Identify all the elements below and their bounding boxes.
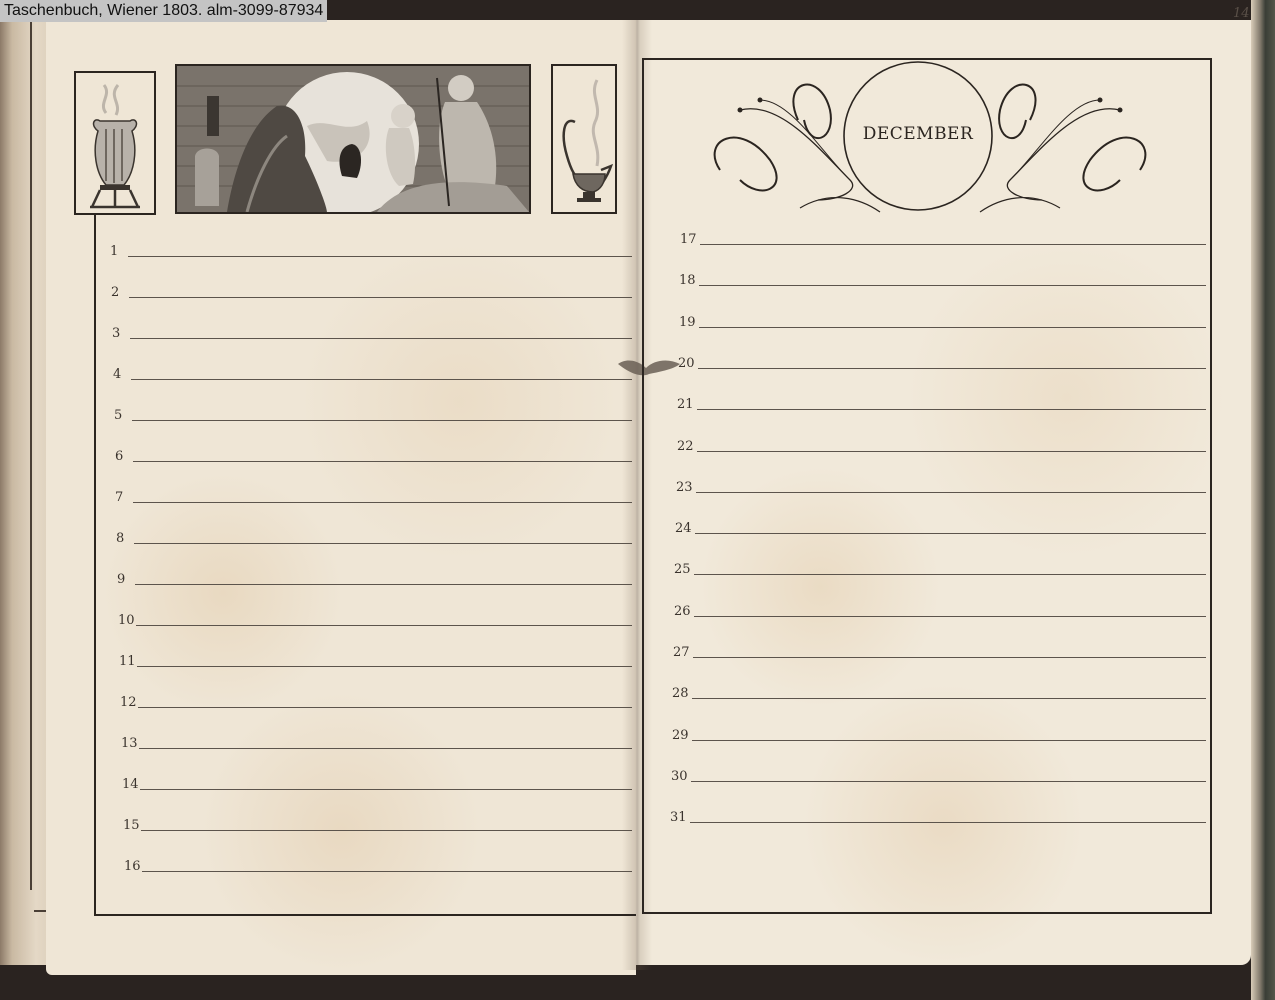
day-number: 6 <box>115 450 123 463</box>
left-page-frame-bottom <box>94 914 634 916</box>
day-entry-line <box>133 502 632 503</box>
day-number: 18 <box>679 274 696 287</box>
folio-number: 14 <box>1233 6 1250 21</box>
day-row: 20 <box>678 354 1206 370</box>
day-entry-line <box>131 379 632 380</box>
day-row: 30 <box>671 767 1206 783</box>
day-row: 1 <box>110 242 632 258</box>
day-number: 24 <box>675 522 692 535</box>
day-row: 25 <box>674 560 1206 576</box>
day-number: 10 <box>118 614 135 627</box>
day-entry-line <box>690 822 1206 823</box>
day-number: 27 <box>673 646 690 659</box>
day-row: 22 <box>677 437 1206 453</box>
day-number: 20 <box>678 357 695 370</box>
day-entry-line <box>140 789 632 790</box>
day-number: 11 <box>119 655 136 668</box>
day-row: 26 <box>674 602 1206 618</box>
day-entry-line <box>699 285 1206 286</box>
day-number: 9 <box>117 573 125 586</box>
day-number: 7 <box>115 491 123 504</box>
day-entry-line <box>133 461 632 462</box>
urn-vignette <box>74 71 156 215</box>
day-entry-line <box>139 748 632 749</box>
day-number: 30 <box>671 770 688 783</box>
day-number: 12 <box>120 696 137 709</box>
day-number: 13 <box>121 737 138 750</box>
day-entry-line <box>692 698 1206 699</box>
day-entry-line <box>128 256 632 257</box>
day-number: 17 <box>680 233 697 246</box>
day-entry-line <box>695 533 1206 534</box>
book-cover-edge <box>1251 0 1275 1000</box>
day-row: 18 <box>679 271 1206 287</box>
lamp-vignette <box>551 64 617 214</box>
day-row: 12 <box>120 693 632 709</box>
day-number: 29 <box>672 729 689 742</box>
day-number: 26 <box>674 605 691 618</box>
day-entry-line <box>697 451 1206 452</box>
day-number: 14 <box>122 778 139 791</box>
day-number: 22 <box>677 440 694 453</box>
day-entry-line <box>696 492 1206 493</box>
day-row: 9 <box>117 570 632 586</box>
day-row: 16 <box>124 857 632 873</box>
day-row: 28 <box>672 684 1206 700</box>
day-number: 4 <box>113 368 121 381</box>
day-row: 2 <box>111 283 632 299</box>
day-row: 10 <box>118 611 632 627</box>
day-row: 8 <box>116 529 632 545</box>
image-caption: Taschenbuch, Wiener 1803. alm-3099-87934 <box>0 0 327 22</box>
day-row: 19 <box>679 313 1206 329</box>
scanned-book-spread: DECEMBER 12345678910111213141516 1718192… <box>0 0 1275 1000</box>
day-entry-line <box>699 327 1206 328</box>
day-entry-line <box>136 625 632 626</box>
day-entry-line <box>693 657 1206 658</box>
day-row: 21 <box>677 395 1206 411</box>
day-entry-line <box>135 584 632 585</box>
day-entry-line <box>129 297 632 298</box>
oil-lamp-icon <box>553 66 615 212</box>
day-entry-line <box>130 338 632 339</box>
day-entry-line <box>134 543 632 544</box>
day-row: 24 <box>675 519 1206 535</box>
day-number: 19 <box>679 316 696 329</box>
day-entry-line <box>692 740 1206 741</box>
day-number: 3 <box>112 327 120 340</box>
day-entry-line <box>694 616 1206 617</box>
day-row: 14 <box>122 775 632 791</box>
day-entry-line <box>142 871 632 872</box>
day-number: 31 <box>670 811 687 824</box>
day-row: 3 <box>112 324 632 340</box>
day-row: 13 <box>121 734 632 750</box>
day-number: 2 <box>111 286 119 299</box>
day-entry-line <box>698 368 1206 369</box>
day-number: 25 <box>674 563 691 576</box>
day-row: 29 <box>672 726 1206 742</box>
day-entry-line <box>700 244 1206 245</box>
day-number: 23 <box>676 481 693 494</box>
underlying-frame-line <box>30 20 32 890</box>
day-number: 5 <box>114 409 122 422</box>
day-row: 4 <box>113 365 632 381</box>
day-entry-line <box>132 420 632 421</box>
month-title: DECEMBER <box>838 124 998 144</box>
day-entry-line <box>691 781 1206 782</box>
smoking-urn-icon <box>76 73 154 213</box>
day-row: 6 <box>115 447 632 463</box>
day-row: 31 <box>670 808 1206 824</box>
day-entry-line <box>141 830 632 831</box>
day-entry-line <box>138 707 632 708</box>
day-row: 17 <box>680 230 1206 246</box>
day-number: 28 <box>672 687 689 700</box>
day-number: 8 <box>116 532 124 545</box>
day-number: 15 <box>123 819 140 832</box>
day-row: 27 <box>673 643 1206 659</box>
day-entry-line <box>697 409 1206 410</box>
day-entry-line <box>137 666 632 667</box>
allegorical-scene-vignette <box>175 64 531 214</box>
day-number: 16 <box>124 860 141 873</box>
day-row: 7 <box>115 488 632 504</box>
day-row: 11 <box>119 652 632 668</box>
allegorical-scene-icon <box>177 66 529 212</box>
day-number: 21 <box>677 398 694 411</box>
day-number: 1 <box>110 245 118 258</box>
day-row: 5 <box>114 406 632 422</box>
day-row: 23 <box>676 478 1206 494</box>
day-row: 15 <box>123 816 632 832</box>
day-entry-line <box>694 574 1206 575</box>
